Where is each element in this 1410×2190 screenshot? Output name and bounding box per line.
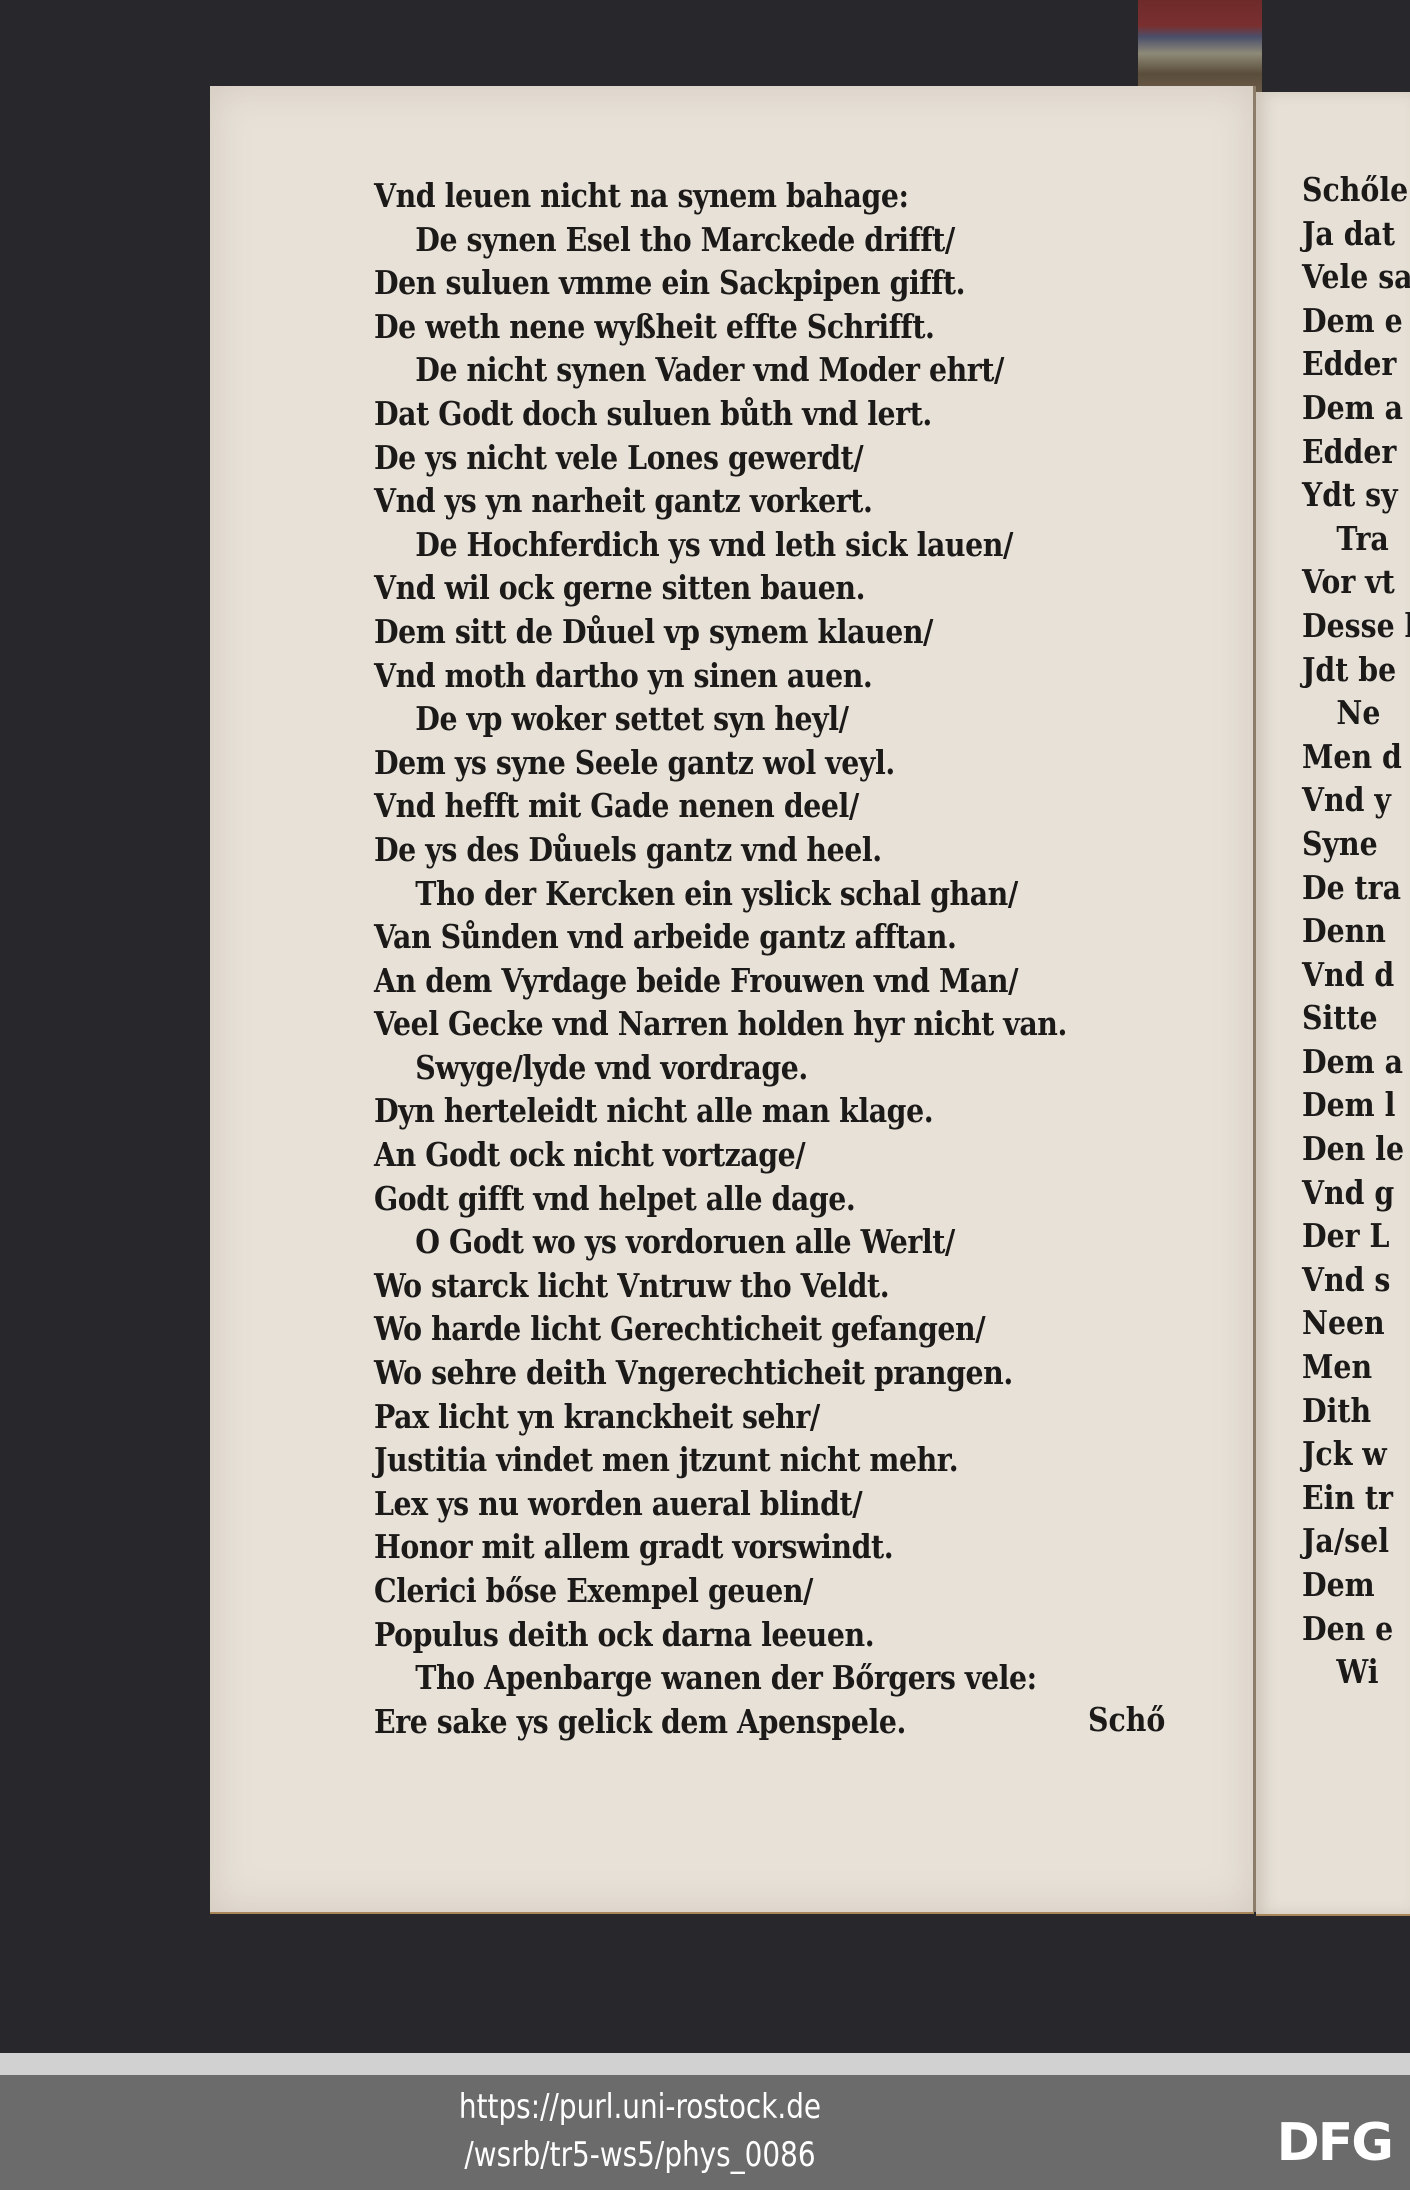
text-fragment: Men (1302, 1345, 1410, 1389)
text-fragment: Men d (1302, 735, 1410, 779)
text-line: Honor mit allem gradt vorswindt. (374, 1525, 1114, 1569)
text-fragment: De tra (1302, 866, 1410, 910)
text-fragment: Syne (1302, 822, 1410, 866)
text-line: Tho der Kercken ein yslick schal ghan/ (374, 872, 1114, 916)
text-fragment: Vor vt (1302, 560, 1410, 604)
text-fragment: Wi (1302, 1650, 1410, 1694)
text-line: Vnd leuen nicht na synem bahage: (374, 174, 1114, 218)
text-line: Godt gifft vnd helpet alle dage. (374, 1177, 1114, 1221)
text-fragment: Desse h (1302, 604, 1410, 648)
text-line: Veel Gecke vnd Narren holden hyr nicht v… (374, 1002, 1114, 1046)
text-fragment: Denn (1302, 909, 1410, 953)
left-page-text: Vnd leuen nicht na synem bahage:De synen… (374, 174, 1234, 1743)
text-line: Dyn herteleidt nicht alle man klage. (374, 1089, 1114, 1133)
text-line: Ere sake ys gelick dem Apenspele. (374, 1700, 1114, 1744)
text-fragment: Neen (1302, 1301, 1410, 1345)
text-fragment: Den le (1302, 1127, 1410, 1171)
bookmark-ribbon (1138, 0, 1262, 92)
text-fragment: Dem e (1302, 299, 1410, 343)
text-fragment: Dem a (1302, 386, 1410, 430)
text-line: Van Sůnden vnd arbeide gantz afftan. (374, 915, 1114, 959)
text-fragment: Edder (1302, 430, 1410, 474)
text-line: Dem sitt de Důuel vp synem klauen/ (374, 610, 1114, 654)
catchword: Schő (1088, 1700, 1165, 1739)
permalink-line-1[interactable]: https://purl.uni-rostock.de (361, 2083, 919, 2131)
text-line: Justitia vindet men jtzunt nicht mehr. (374, 1438, 1114, 1482)
text-fragment: Dith (1302, 1389, 1410, 1433)
text-line: An Godt ock nicht vortzage/ (374, 1133, 1114, 1177)
text-line: Dem ys syne Seele gantz wol veyl. (374, 741, 1114, 785)
text-fragment: Vnd s (1302, 1258, 1410, 1302)
text-line: Clerici bőse Exempel geuen/ (374, 1569, 1114, 1613)
text-fragment: Dem l (1302, 1083, 1410, 1127)
text-line: De nicht synen Vader vnd Moder ehrt/ (374, 348, 1114, 392)
text-fragment: Ne (1302, 691, 1410, 735)
text-line: Populus deith ock darna leeuen. (374, 1613, 1114, 1657)
text-fragment: Der L (1302, 1214, 1410, 1258)
text-fragment: Jdt be (1302, 648, 1410, 692)
text-fragment: Edder (1302, 342, 1410, 386)
text-line: De ys nicht vele Lones gewerdt/ (374, 436, 1114, 480)
text-fragment: Den e (1302, 1607, 1410, 1651)
footer-bar: https://purl.uni-rostock.de /wsrb/tr5-ws… (0, 2075, 1410, 2190)
text-line: De vp woker settet syn heyl/ (374, 697, 1114, 741)
text-line: Vnd ys yn narheit gantz vorkert. (374, 479, 1114, 523)
separator-band (0, 2053, 1410, 2075)
text-line: De weth nene wyßheit effte Schrifft. (374, 305, 1114, 349)
text-fragment: Dem a (1302, 1040, 1410, 1084)
dfg-logo: DFG (1277, 2113, 1392, 2173)
text-fragment: Ydt sy (1302, 473, 1410, 517)
text-fragment: Dem (1302, 1563, 1410, 1607)
right-page-text: SchőleJa datVele saDem eEdderDem aEdderY… (1302, 168, 1410, 1694)
text-line: Pax licht yn kranckheit sehr/ (374, 1395, 1114, 1439)
text-fragment: Vnd g (1302, 1171, 1410, 1215)
text-fragment: Ja/sel (1302, 1519, 1410, 1563)
text-fragment: Sitte (1302, 996, 1410, 1040)
text-line: De Hochferdich ys vnd leth sick lauen/ (374, 523, 1114, 567)
text-line: Den suluen vmme ein Sackpipen gifft. (374, 261, 1114, 305)
text-fragment: Tra (1302, 517, 1410, 561)
permalink[interactable]: https://purl.uni-rostock.de /wsrb/tr5-ws… (361, 2083, 919, 2179)
right-page: SchőleJa datVele saDem eEdderDem aEdderY… (1256, 92, 1410, 1916)
text-fragment: Ein tr (1302, 1476, 1410, 1520)
permalink-line-2[interactable]: /wsrb/tr5-ws5/phys_0086 (361, 2131, 919, 2179)
text-fragment: Vnd d (1302, 953, 1410, 997)
text-line: An dem Vyrdage beide Frouwen vnd Man/ (374, 959, 1114, 1003)
text-fragment: Schőle (1302, 168, 1410, 212)
text-fragment: Vnd y (1302, 778, 1410, 822)
text-fragment: Jck w (1302, 1432, 1410, 1476)
text-line: Wo harde licht Gerechticheit gefangen/ (374, 1307, 1114, 1351)
text-line: Tho Apenbarge wanen der Bőrgers vele: (374, 1656, 1114, 1700)
text-line: Dat Godt doch suluen bůth vnd lert. (374, 392, 1114, 436)
text-line: Vnd moth dartho yn sinen auen. (374, 654, 1114, 698)
text-line: Wo starck licht Vntruw tho Veldt. (374, 1264, 1114, 1308)
text-line: Vnd wil ock gerne sitten bauen. (374, 566, 1114, 610)
text-fragment: Ja dat (1302, 212, 1410, 256)
text-line: Wo sehre deith Vngerechticheit prangen. (374, 1351, 1114, 1395)
text-line: Lex ys nu worden aueral blindt/ (374, 1482, 1114, 1526)
text-line: O Godt wo ys vordoruen alle Werlt/ (374, 1220, 1114, 1264)
text-fragment: Vele sa (1302, 255, 1410, 299)
text-line: De synen Esel tho Marckede drifft/ (374, 218, 1114, 262)
text-line: Swyge/lyde vnd vordrage. (374, 1046, 1114, 1090)
text-line: Vnd hefft mit Gade nenen deel/ (374, 784, 1114, 828)
text-line: De ys des Důuels gantz vnd heel. (374, 828, 1114, 872)
scan-image: SchőleJa datVele saDem eEdderDem aEdderY… (0, 0, 1410, 2053)
